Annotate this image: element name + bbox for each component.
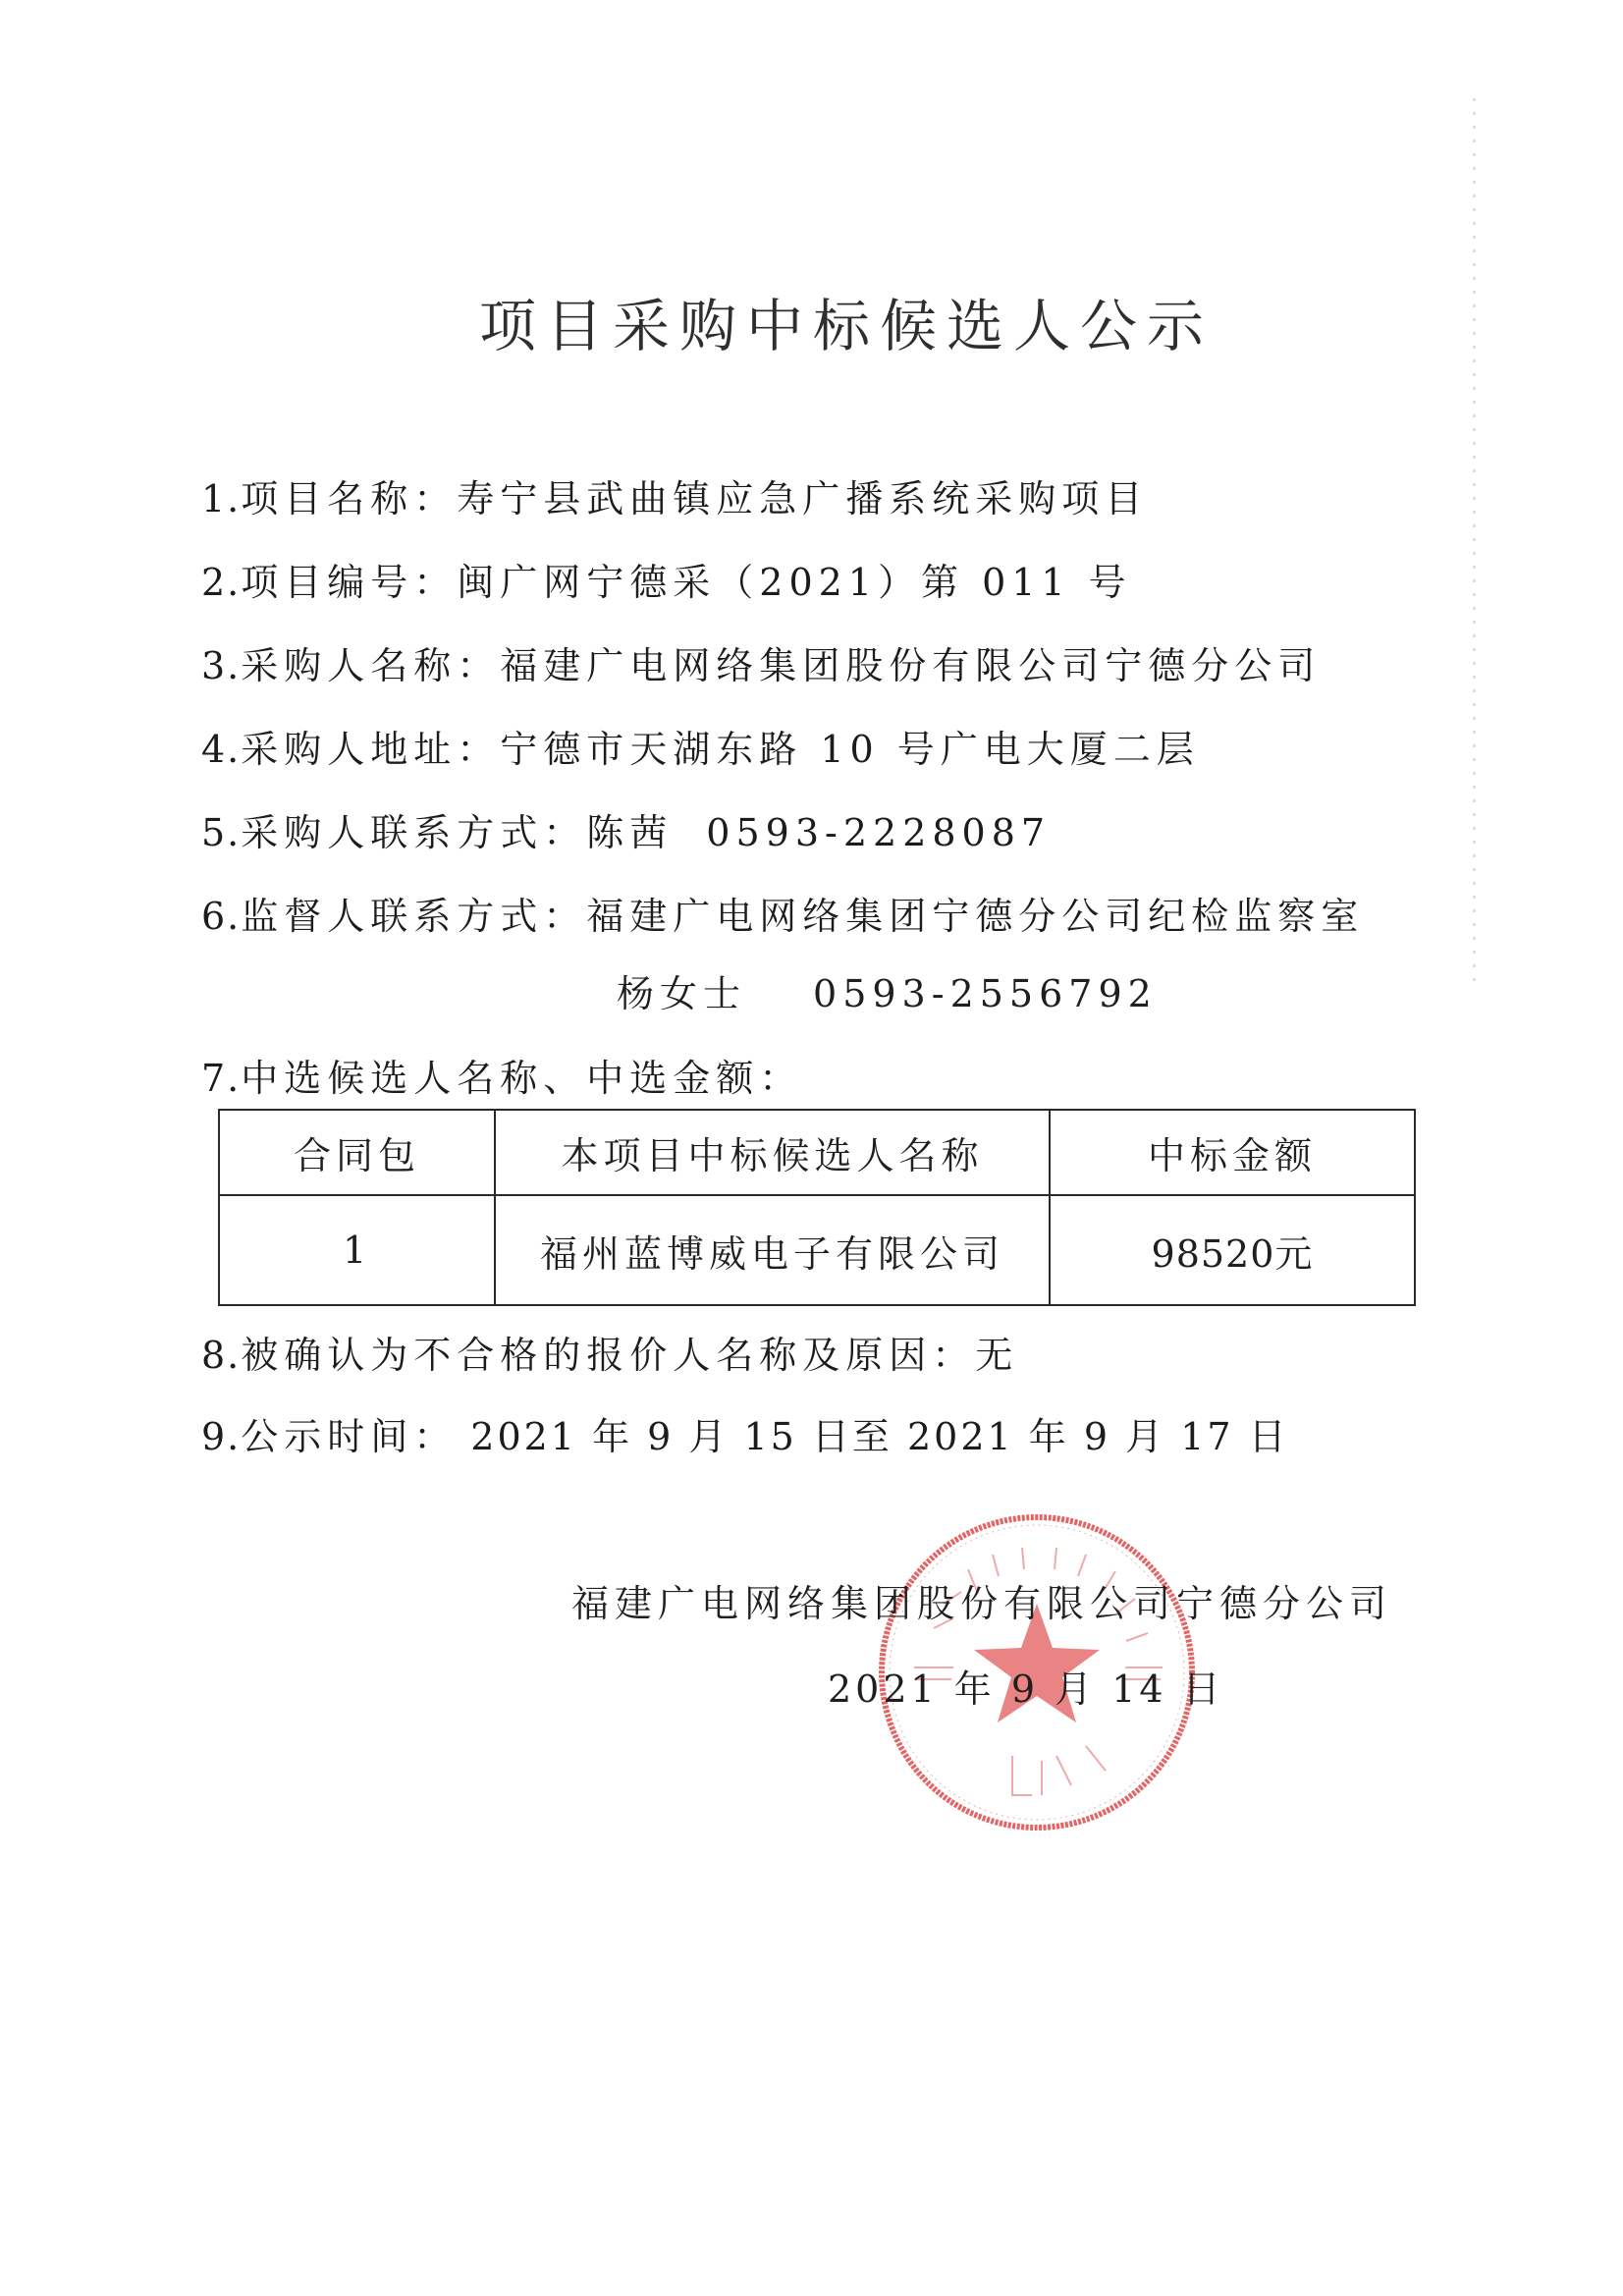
item-purchaser-name: 3.采购人名称：福建广电网络集团股份有限公司宁德分公司 bbox=[201, 641, 1321, 690]
contact-name: 杨女士 bbox=[617, 972, 746, 1015]
item-number: 5. bbox=[201, 811, 241, 854]
item-project-name: 1.项目名称：寿宁县武曲镇应急广播系统采购项目 bbox=[201, 474, 1148, 523]
signature-organization: 福建广电网络集团股份有限公司宁德分公司 bbox=[571, 1579, 1392, 1628]
item-value: 宁德市天湖东路 10 号广电大厦二层 bbox=[500, 728, 1200, 771]
item-publicity-period: 9.公示时间：2021 年 9 月 15 日至 2021 年 9 月 17 日 bbox=[201, 1412, 1289, 1461]
item-candidate-heading: 7.中选候选人名称、中选金额： bbox=[201, 1054, 802, 1103]
table-header-row: 合同包 本项目中标候选人名称 中标金额 bbox=[219, 1110, 1415, 1195]
header-package: 合同包 bbox=[219, 1110, 495, 1195]
item-number: 3. bbox=[201, 644, 241, 687]
item-label: 公示时间： bbox=[241, 1415, 457, 1458]
item-value: 寿宁县武曲镇应急广播系统采购项目 bbox=[457, 477, 1148, 520]
item-value: 福建广电网络集团股份有限公司宁德分公司 bbox=[500, 644, 1321, 687]
contact-phone: 0593-2228087 bbox=[706, 811, 1051, 854]
document-title: 项目采购中标候选人公示 bbox=[479, 291, 1214, 361]
item-label: 项目编号： bbox=[241, 561, 457, 604]
header-amount: 中标金额 bbox=[1050, 1110, 1415, 1195]
item-value: 2021 年 9 月 15 日至 2021 年 9 月 17 日 bbox=[470, 1415, 1288, 1458]
contact-phone: 0593-2556792 bbox=[813, 972, 1158, 1015]
header-candidate: 本项目中标候选人名称 bbox=[495, 1110, 1050, 1195]
item-unqualified-bidders: 8.被确认为不合格的报价人名称及原因：无 bbox=[201, 1331, 1018, 1380]
item-value: 闽广网宁德采（2021）第 011 号 bbox=[457, 561, 1131, 604]
cell-package: 1 bbox=[219, 1195, 495, 1305]
item-value: 无 bbox=[975, 1334, 1018, 1377]
document-page: 项目采购中标候选人公示 1.项目名称：寿宁县武曲镇应急广播系统采购项目 2.项目… bbox=[0, 0, 1623, 2296]
cell-amount: 98520元 bbox=[1050, 1195, 1415, 1305]
item-label: 采购人联系方式： bbox=[241, 811, 586, 854]
item-supervisor-contact: 6.监督人联系方式：福建广电网络集团宁德分公司纪检监察室 bbox=[201, 892, 1364, 941]
item-number: 9. bbox=[201, 1415, 241, 1458]
item-number: 7. bbox=[201, 1057, 241, 1100]
table-row: 1 福州蓝博威电子有限公司 98520元 bbox=[219, 1195, 1415, 1305]
item-number: 6. bbox=[201, 895, 241, 938]
item-number: 1. bbox=[201, 477, 241, 520]
candidate-table: 合同包 本项目中标候选人名称 中标金额 1 福州蓝博威电子有限公司 98520元 bbox=[218, 1109, 1416, 1306]
item-label: 采购人地址： bbox=[241, 728, 500, 771]
item-label: 项目名称： bbox=[241, 477, 457, 520]
item-number: 2. bbox=[201, 561, 241, 604]
item-value: 福建广电网络集团宁德分公司纪检监察室 bbox=[586, 895, 1364, 938]
item-label: 被确认为不合格的报价人名称及原因： bbox=[241, 1334, 975, 1377]
item-value: 陈茜 bbox=[586, 811, 673, 854]
scan-artifact bbox=[1473, 98, 1476, 982]
item-project-number: 2.项目编号：闽广网宁德采（2021）第 011 号 bbox=[201, 558, 1132, 607]
signature-date: 2021 年 9 月 14 日 bbox=[828, 1665, 1224, 1714]
item-purchaser-contact: 5.采购人联系方式：陈茜0593-2228087 bbox=[201, 808, 1051, 857]
item-number: 8. bbox=[201, 1334, 241, 1377]
cell-candidate: 福州蓝博威电子有限公司 bbox=[495, 1195, 1050, 1305]
item-number: 4. bbox=[201, 728, 241, 771]
item-label: 中选候选人名称、中选金额： bbox=[241, 1057, 802, 1100]
item-label: 采购人名称： bbox=[241, 644, 500, 687]
item-supervisor-contact-continuation: 杨女士0593-2556792 bbox=[617, 969, 1158, 1018]
item-purchaser-address: 4.采购人地址：宁德市天湖东路 10 号广电大厦二层 bbox=[201, 725, 1200, 774]
item-label: 监督人联系方式： bbox=[241, 895, 586, 938]
